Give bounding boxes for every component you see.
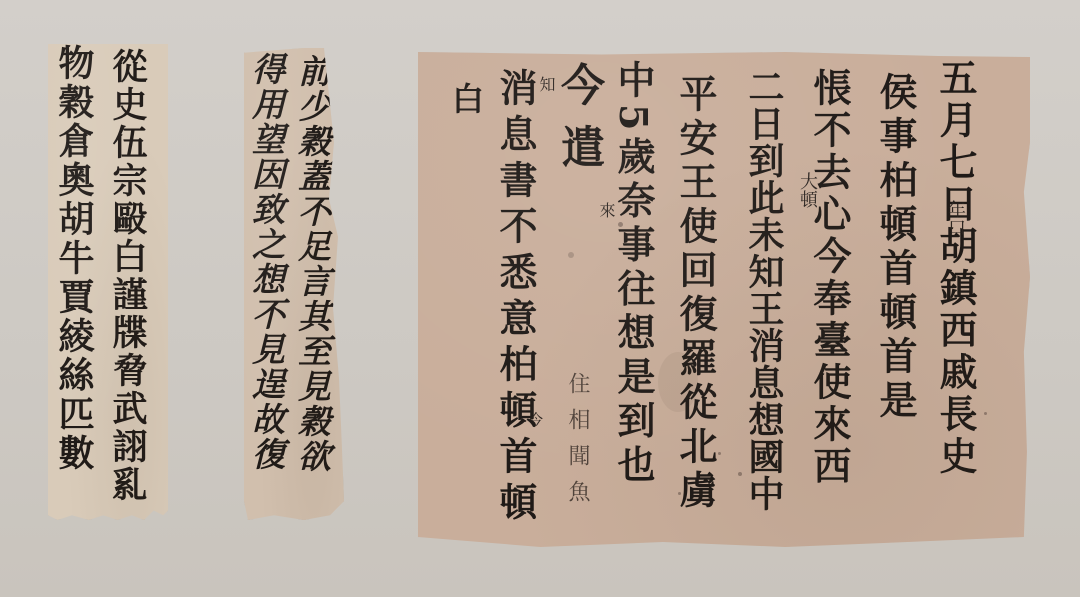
- annotation-text: 住相聞魚: [566, 372, 588, 516]
- annotation-text: 今: [528, 412, 542, 426]
- annotation: 大頓: [798, 172, 816, 208]
- column-text: 從史伍宗毆白謹牒脅武詡乿: [110, 48, 145, 504]
- annotation-text: 來: [598, 202, 614, 218]
- column-text: 中5歲奈事往想是到也: [614, 60, 652, 488]
- annotation: 今: [528, 412, 542, 426]
- annotation-text: 年口: [946, 200, 964, 236]
- text-column: 侯事柏頓首頓首是: [876, 72, 914, 424]
- text-column: 白: [450, 82, 482, 114]
- text-column: 從史伍宗毆白謹牒脅武詡乿: [110, 48, 145, 504]
- annotation-text: 大頓: [798, 172, 816, 208]
- annotation-text: 知: [538, 76, 554, 92]
- column-text: 前少穀蓋不足言其至見穀欲: [296, 54, 329, 474]
- column-text: 五月七日胡鎮西戚長史: [936, 58, 974, 478]
- manuscript-fragment-left: 從史伍宗毆白謹牒脅武詡乿 物穀倉奧胡牛賈綾絲匹數: [48, 44, 168, 520]
- column-text: 得用望因致之想不見逞故復: [250, 52, 283, 472]
- text-column: 物穀倉奧胡牛賈綾絲匹數: [56, 44, 92, 473]
- column-text: 白: [450, 82, 482, 114]
- annotation: 來: [598, 202, 614, 218]
- ink-speck: [678, 492, 681, 495]
- page-background: { "scene": { "description": "Photograph …: [0, 0, 1080, 597]
- ink-speck: [718, 452, 721, 455]
- text-column: 前少穀蓋不足言其至見穀欲: [296, 54, 329, 474]
- text-column: 二日到此未知王消息想國中: [746, 68, 782, 512]
- text-column: 得用望因致之想不見逞故復: [250, 52, 283, 472]
- text-column: 中5歲奈事往想是到也: [614, 60, 652, 488]
- text-column: 今遣: [556, 62, 600, 186]
- column-text: 悵不去心今奉臺使來西: [810, 68, 848, 488]
- ink-speck: [738, 472, 742, 476]
- text-column: 消息書不悉意柏頓首頓: [496, 68, 534, 528]
- annotation: 年口: [946, 200, 964, 236]
- text-column: 平安王使回復羅從北虜: [676, 74, 714, 514]
- column-text: 二日到此未知王消息想國中: [746, 68, 782, 512]
- ink-stain: [658, 352, 698, 412]
- column-text: 消息書不悉意柏頓首頓: [496, 68, 534, 528]
- text-column: 五月七日胡鎮西戚長史: [936, 58, 974, 478]
- column-text: 今遣: [556, 62, 600, 186]
- annotation: 住相聞魚: [566, 372, 588, 516]
- manuscript-fragment-middle: 前少穀蓋不足言其至見穀欲 得用望因致之想不見逞故復: [244, 48, 344, 520]
- ink-speck: [984, 412, 987, 415]
- column-text: 平安王使回復羅從北虜: [676, 74, 714, 514]
- annotation: 知: [538, 76, 554, 92]
- manuscript-fragment-large: 五月七日胡鎮西戚長史 侯事柏頓首頓首是 悵不去心今奉臺使來西 二日到此未知王消息…: [418, 52, 1030, 552]
- column-text: 侯事柏頓首頓首是: [876, 72, 914, 424]
- ink-speck: [618, 222, 623, 227]
- column-text: 物穀倉奧胡牛賈綾絲匹數: [56, 44, 92, 473]
- text-column: 悵不去心今奉臺使來西: [810, 68, 848, 488]
- ink-speck: [568, 252, 574, 258]
